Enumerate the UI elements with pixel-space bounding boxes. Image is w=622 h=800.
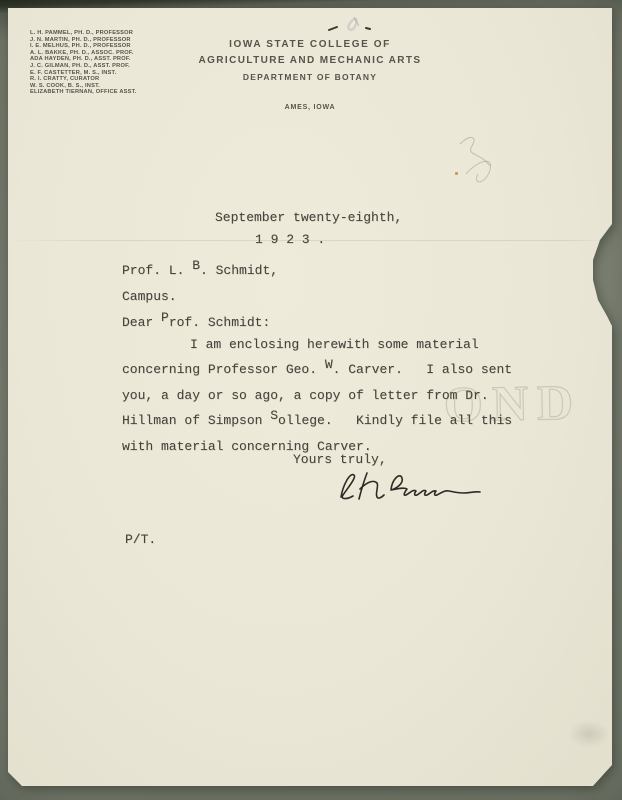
letterhead-college-line1: IOWA STATE COLLEGE OF <box>8 39 612 50</box>
text-segment: Prof. L. <box>122 263 192 278</box>
text-segment: ollege. Kindly file all this <box>278 413 512 428</box>
raised-typewriter-char: S <box>270 408 278 423</box>
body-line: concerning Professor Geo. W. Carver. I a… <box>122 362 512 377</box>
body-line: you, a day or so ago, a copy of letter f… <box>122 388 489 403</box>
paper-sheet: L. H. PAMMEL, PH. D., PROFESSORJ. N. MAR… <box>8 8 612 786</box>
paper-speck <box>455 172 458 175</box>
body-line: I am enclosing herewith some material <box>190 337 479 352</box>
salutation: Dear Prof. Schmidt: <box>122 315 270 330</box>
raised-typewriter-char: B <box>192 258 200 273</box>
text-segment: . Schmidt, <box>200 263 278 278</box>
typist-initials: P/T. <box>125 532 156 547</box>
raised-typewriter-char: P <box>161 310 169 325</box>
recipient-name: Prof. L. B. Schmidt, <box>122 263 278 278</box>
ink-mark <box>326 14 388 38</box>
raised-typewriter-char: W <box>325 357 333 372</box>
faculty-entry: W. S. COOK, B. S., INST. <box>30 83 136 90</box>
date-line2: 1 9 2 3 . <box>255 232 325 247</box>
scanned-letter-page: L. H. PAMMEL, PH. D., PROFESSORJ. N. MAR… <box>0 0 622 800</box>
text-segment: rof. Schmidt: <box>169 315 270 330</box>
faculty-entry: ELIZABETH TIERNAN, OFFICE ASST. <box>30 89 136 96</box>
letterhead-college-line2: AGRICULTURE AND MECHANIC ARTS <box>8 55 612 66</box>
text-segment: you, a day or so ago, a copy of letter f… <box>122 388 489 403</box>
paper-sheet-wrapper: L. H. PAMMEL, PH. D., PROFESSORJ. N. MAR… <box>8 8 612 786</box>
text-segment: concerning Professor Geo. <box>122 362 325 377</box>
text-segment: Hillman of Simpson <box>122 413 270 428</box>
date-line1: September twenty-eighth, <box>215 210 402 225</box>
pencil-scribble <box>448 126 518 198</box>
faculty-entry: L. H. PAMMEL, PH. D., PROFESSOR <box>30 30 136 37</box>
letterhead-department: DEPARTMENT OF BOTANY <box>8 72 612 82</box>
text-segment: I am enclosing herewith some material <box>190 337 479 352</box>
corner-smudge <box>568 720 610 748</box>
signature-handwritten <box>333 463 483 511</box>
letterhead-location: AMES, IOWA <box>8 104 612 111</box>
recipient-address: Campus. <box>122 289 177 304</box>
text-segment: Dear <box>122 315 161 330</box>
text-segment: . Carver. I also sent <box>333 362 512 377</box>
body-line: Hillman of Simpson Sollege. Kindly file … <box>122 413 512 428</box>
